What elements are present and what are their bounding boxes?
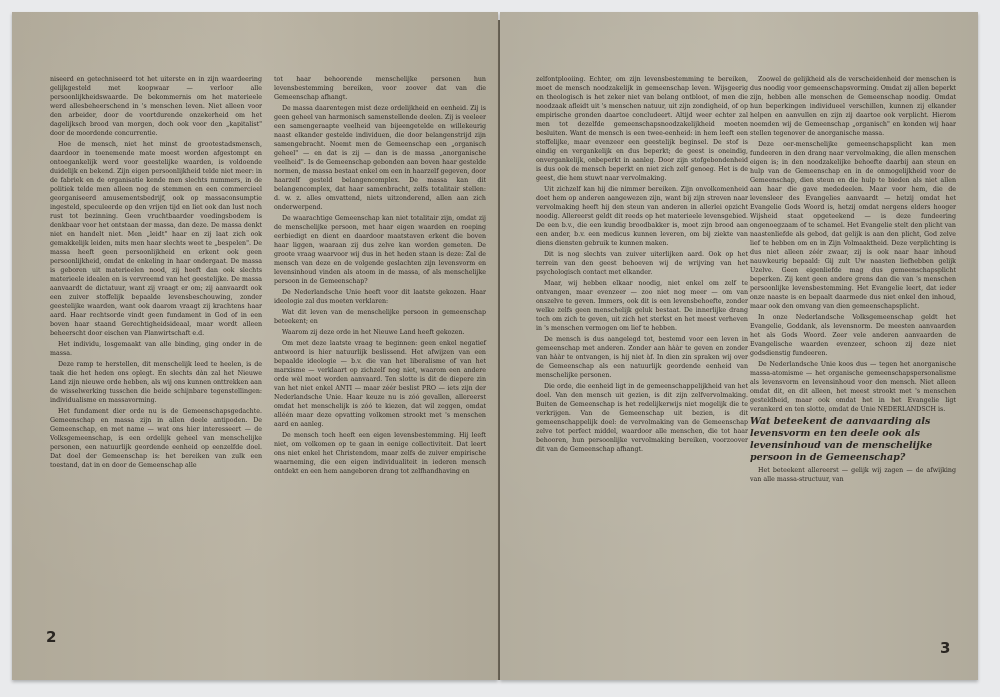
paragraph: niseerd en getechniseerd tot het uiterst… <box>50 75 262 138</box>
booklet-spread: niseerd en getechniseerd tot het uiterst… <box>8 12 990 692</box>
paragraph: tot haar behoorende menschelijke persone… <box>274 75 486 102</box>
page-left: niseerd en getechniseerd tot het uiterst… <box>12 12 498 680</box>
paragraph: Uit zichzelf kan hij die nimmer bereiken… <box>536 185 748 248</box>
paragraph: Het individu, losgemaakt van alle bindin… <box>50 340 262 358</box>
page2-column1: niseerd en getechniseerd tot het uiterst… <box>50 75 262 472</box>
paragraph: Dit is nog slechts van zuiver uiterlijke… <box>536 250 748 277</box>
page3-column1: zelfontplooiing. Echter, om zijn levensb… <box>536 75 748 456</box>
paragraph: Deze oer-menschelijke gemeenschapsplicht… <box>750 140 956 311</box>
paragraph: De mensch toch heeft een eigen levensbes… <box>274 431 486 476</box>
page-number-right: 3 <box>940 639 950 657</box>
paragraph: Waarom zij deze orde in het Nieuwe Land … <box>274 328 486 337</box>
paragraph: Zoowel de gelijkheid als de verscheidenh… <box>750 75 956 138</box>
page3-column2: Zoowel de gelijkheid als de verscheidenh… <box>750 75 956 486</box>
page2-column2: tot haar behoorende menschelijke persone… <box>274 75 486 478</box>
paragraph: Om met deze laatste vraag te beginnen: g… <box>274 339 486 429</box>
paragraph: Deze ramp te herstellen, dit menschelijk… <box>50 360 262 405</box>
paragraph: De mensch is dus aangelegd tot, bestemd … <box>536 335 748 380</box>
paragraph: De massa daarentegen mist deze ordelijkh… <box>274 104 486 212</box>
paragraph: In onze Nederlandsche Volksgemeenschap g… <box>750 313 956 358</box>
paragraph: Het beteekent allereerst — gelijk wij za… <box>750 466 956 484</box>
paragraph: Hoe de mensch, niet het minst de grootes… <box>50 140 262 338</box>
paragraph: Die orde, die eenheid ligt in de gemeens… <box>536 382 748 454</box>
section-heading: Wat beteekent de aanvaarding als levensv… <box>750 416 956 464</box>
paragraph: zelfontplooiing. Echter, om zijn levensb… <box>536 75 748 183</box>
paragraph: Wat dit leven van de menschelijke persoo… <box>274 308 486 326</box>
paragraph: Maar, wij hebben elkaar noodig, niet enk… <box>536 279 748 333</box>
page-right: zelfontplooiing. Echter, om zijn levensb… <box>500 12 978 680</box>
paragraph: De Nederlandsche Unie koos dus — tegen h… <box>750 360 956 414</box>
page-number-left: 2 <box>46 628 56 646</box>
paragraph: De waarachtige Gemeenschap kan niet tota… <box>274 214 486 286</box>
paragraph: De Nederlandsche Unie heeft voor dit laa… <box>274 288 486 306</box>
paragraph: Het fundament dier orde nu is de Gemeens… <box>50 407 262 470</box>
